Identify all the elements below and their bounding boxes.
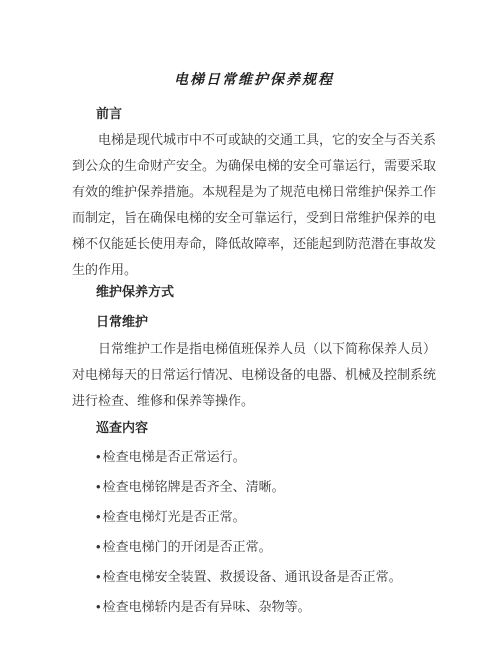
checklist-item: •检查电梯门的开闭是否正常。 [96,532,436,562]
checklist-item-text: 检查电梯门的开闭是否正常。 [103,539,272,554]
checklist-item: •检查电梯安全装置、救援设备、通讯设备是否正常。 [96,562,436,592]
checklist-item-text: 检查电梯是否正常运行。 [103,449,246,464]
checklist-item: •检查电梯轿内是否有异味、杂物等。 [96,592,436,622]
bullet-icon: • [96,472,101,502]
checklist-item: •检查电梯灯光是否正常。 [96,502,436,532]
paragraph-daily-maintenance: 日常维护工作是指电梯值班保养人员（以下简称保养人员）对电梯每天的日常运行情况、电… [72,336,436,414]
document-page: 电梯日常维护保养规程 前言 电梯是现代城市中不可或缺的交通工具，它的安全与否关系… [0,0,500,647]
checklist-item: •检查电梯铭牌是否齐全、清晰。 [96,472,436,502]
heading-preface: 前言 [96,107,436,121]
bullet-icon: • [96,442,101,472]
heading-maintenance-mode: 维护保养方式 [96,285,436,299]
bullet-icon: • [96,502,101,532]
inspection-checklist: •检查电梯是否正常运行。 •检查电梯铭牌是否齐全、清晰。 •检查电梯灯光是否正常… [96,442,436,622]
checklist-item-text: 检查电梯铭牌是否齐全、清晰。 [103,479,285,494]
heading-daily-maintenance: 日常维护 [96,315,436,329]
checklist-item-text: 检查电梯安全装置、救援设备、通讯设备是否正常。 [103,569,402,584]
paragraph-preface: 电梯是现代城市中不可或缺的交通工具，它的安全与否关系到公众的生命财产安全。为确保… [72,127,436,283]
bullet-icon: • [96,592,101,622]
checklist-item-text: 检查电梯轿内是否有异味、杂物等。 [103,599,311,614]
bullet-icon: • [96,532,101,562]
heading-inspection-content: 巡查内容 [96,421,436,435]
checklist-item: •检查电梯是否正常运行。 [96,442,436,472]
bullet-icon: • [96,562,101,592]
document-title: 电梯日常维护保养规程 [72,70,436,92]
checklist-item-text: 检查电梯灯光是否正常。 [103,509,246,524]
